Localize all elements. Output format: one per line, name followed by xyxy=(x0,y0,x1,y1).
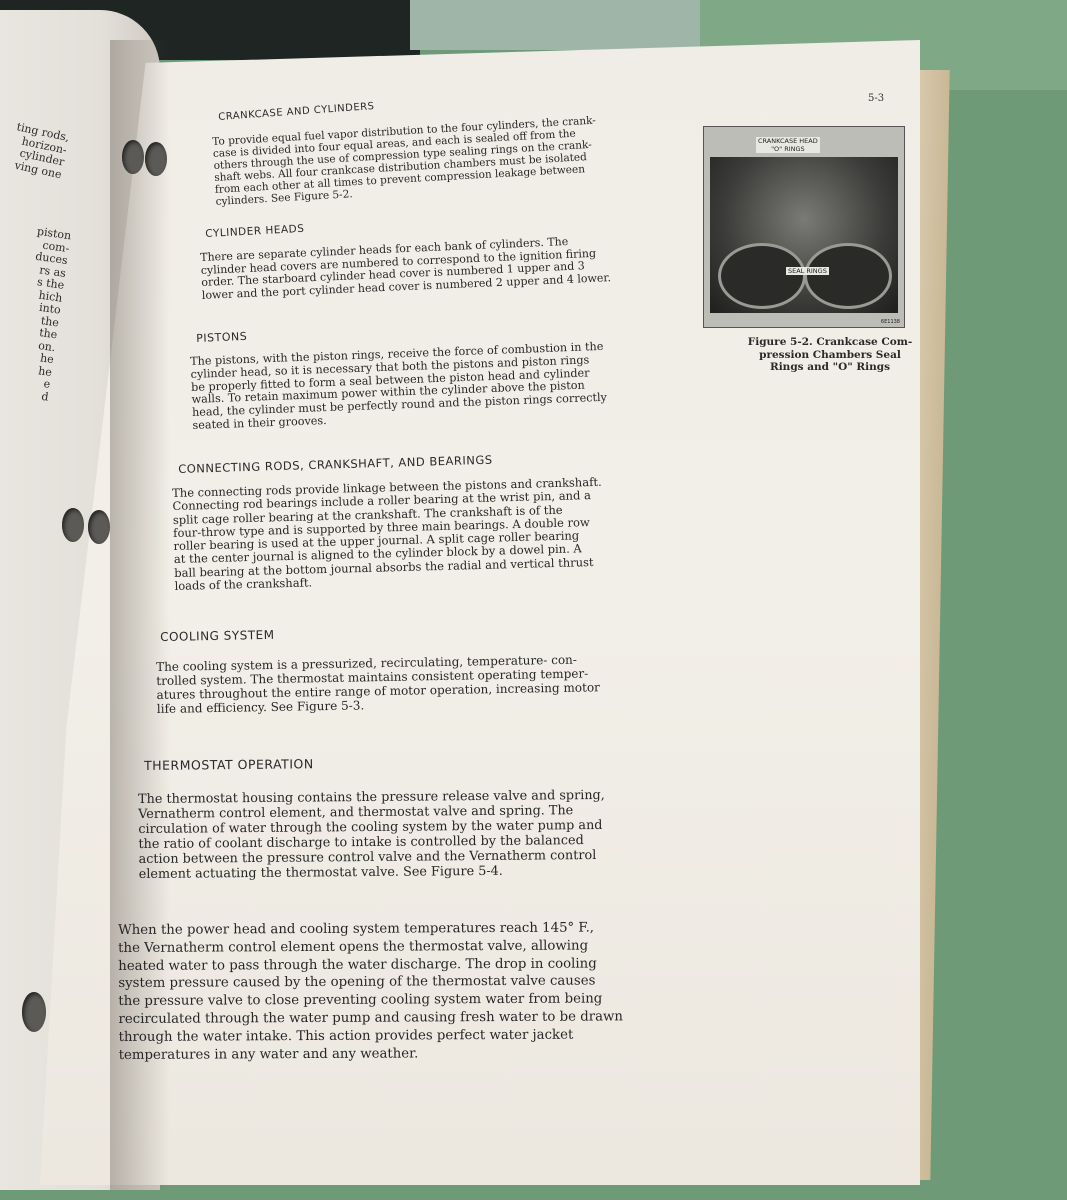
text-line: temperatures in any water and any weathe… xyxy=(119,1044,624,1064)
paragraph-pistons: The pistons, with the piston rings, rece… xyxy=(190,341,608,433)
figure-crankcase-photo: CRANKCASE HEAD "O" RINGS SEAL RINGS 6E11… xyxy=(703,126,905,328)
figure-label-orings: CRANKCASE HEAD "O" RINGS xyxy=(756,137,820,153)
binder-hole xyxy=(62,508,84,542)
cylinder-bore xyxy=(718,243,806,309)
binder-hole xyxy=(145,142,167,176)
binder-hole xyxy=(122,140,144,174)
binder-hole xyxy=(88,510,110,544)
caption-line: pression Chambers Seal xyxy=(730,349,930,362)
page-number: 5-3 xyxy=(868,93,884,104)
crankcase-image xyxy=(710,157,898,313)
text-line: through the water intake. This action pr… xyxy=(119,1026,624,1046)
label-line: CRANKCASE HEAD xyxy=(758,137,818,145)
heading-cooling-system: COOLING SYSTEM xyxy=(160,628,275,644)
caption-line: Figure 5-2. Crankcase Com- xyxy=(730,336,930,349)
heading-pistons: PISTONS xyxy=(196,330,247,345)
background-paper-strip xyxy=(410,0,710,50)
text-line: When the power head and cooling system t… xyxy=(118,919,623,939)
text-line: the Vernatherm control element opens the… xyxy=(118,937,623,957)
label-line: "O" RINGS xyxy=(758,145,818,153)
paragraph-thermostat-1: The thermostat housing contains the pres… xyxy=(138,788,606,882)
paragraph-connecting-rods: The connecting rods provide linkage betw… xyxy=(172,476,604,594)
paragraph-cooling-system: The cooling system is a pressurized, rec… xyxy=(156,652,600,716)
heading-thermostat-operation: THERMOSTAT OPERATION xyxy=(144,756,314,773)
cylinder-bore xyxy=(804,243,892,309)
paragraph-thermostat-2: When the power head and cooling system t… xyxy=(118,919,623,1064)
figure-code: 6E1138 xyxy=(881,319,900,325)
figure-caption: Figure 5-2. Crankcase Com- pression Cham… xyxy=(730,336,930,374)
figure-label-seal-rings: SEAL RINGS xyxy=(786,267,829,275)
binder-hole xyxy=(22,992,46,1032)
text-line: recirculated through the water pump and … xyxy=(118,1008,623,1028)
caption-line: Rings and "O" Rings xyxy=(730,361,930,374)
